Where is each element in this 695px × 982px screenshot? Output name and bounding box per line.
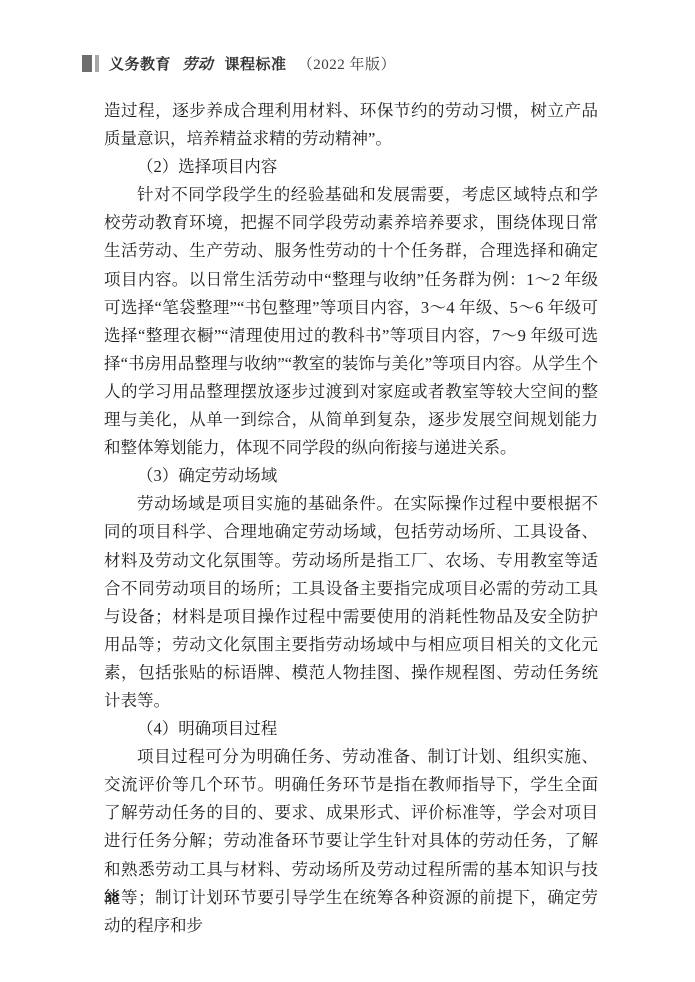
running-header: 义务教育 劳动 课程标准 （2022 年版） — [82, 53, 396, 73]
header-bar-light-icon — [95, 55, 99, 72]
paragraph: 项目过程可分为明确任务、劳动准备、制订计划、组织实施、交流评价等几个环节。明确任… — [104, 743, 598, 940]
section-heading: （2）选择项目内容 — [104, 153, 598, 181]
header-series: 义务教育 — [109, 57, 171, 73]
section-heading: （3）确定劳动场域 — [104, 462, 598, 490]
header-subject: 劳动 — [182, 57, 213, 73]
header-standard: 课程标准 — [225, 57, 287, 73]
header-bar-dark-icon — [82, 55, 92, 72]
paragraph: 造过程，逐步养成合理利用材料、环保节约的劳动习惯，树立产品质量意识，培养精益求精… — [104, 97, 598, 153]
paragraph: 劳动场域是项目实施的基础条件。在实际操作过程中要根据不同的项目科学、合理地确定劳… — [104, 490, 598, 715]
header-edition: （2022 年版） — [298, 57, 396, 73]
header-title: 义务教育 劳动 课程标准 （2022 年版） — [109, 53, 396, 74]
page-number: 38 — [104, 890, 119, 907]
document-page: 义务教育 劳动 课程标准 （2022 年版） 造过程，逐步养成合理利用材料、环保… — [0, 0, 695, 982]
page-body: 造过程，逐步养成合理利用材料、环保节约的劳动习惯，树立产品质量意识，培养精益求精… — [104, 97, 598, 940]
paragraph: 针对不同学段学生的经验基础和发展需要，考虑区域特点和学校劳动教育环境，把握不同学… — [104, 181, 598, 462]
section-heading: （4）明确项目过程 — [104, 715, 598, 743]
